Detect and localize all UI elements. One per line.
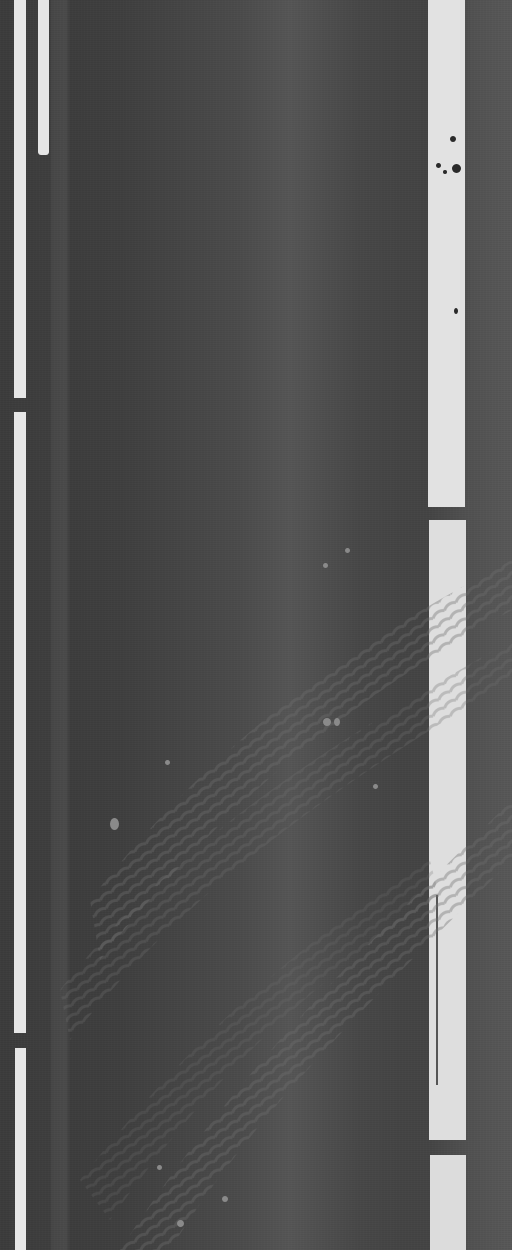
light-spot <box>345 548 350 553</box>
light-spot <box>165 760 170 765</box>
light-spot <box>323 563 328 568</box>
debris-spot <box>452 164 461 173</box>
debris-spot <box>454 308 458 314</box>
tire-tracks <box>0 0 512 1250</box>
debris-spot <box>450 136 456 142</box>
light-spot <box>157 1165 162 1170</box>
light-spot <box>110 818 119 830</box>
road-surface <box>0 0 512 1250</box>
light-spot <box>323 718 331 726</box>
light-spot <box>334 718 340 726</box>
light-spot <box>177 1220 184 1227</box>
debris-spot <box>443 170 447 174</box>
light-spot <box>373 784 378 789</box>
light-spot <box>222 1196 228 1202</box>
debris-spot <box>436 163 441 168</box>
